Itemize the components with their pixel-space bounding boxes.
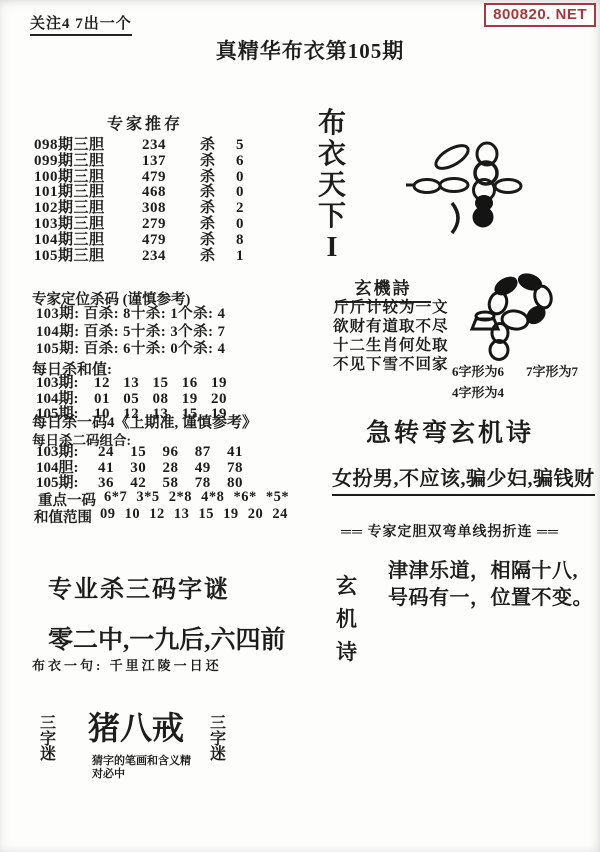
title-char: 机 (336, 603, 357, 636)
buyi-tianxia-title: 布 衣 天 下 I (318, 108, 346, 263)
page-title: 真精华布衣第105期 (0, 35, 600, 65)
label-char: 三 (210, 716, 226, 732)
row-kill-num: 0 (236, 217, 244, 233)
position-kill-rows: 103期: 百杀: 8十杀: 1个杀: 4 104期: 百杀: 5十杀: 3个杀… (36, 306, 225, 359)
sharp-turn-title: 急转弯玄机诗 (300, 413, 600, 449)
title-char: 布 (318, 108, 346, 139)
poem-line: 欲财有道取不尽 (333, 317, 449, 336)
label-char: 字 (40, 732, 56, 748)
sum-range-row: 和值范围 09 10 12 13 15 19 20 24 (34, 506, 288, 527)
separator-dash: ══ (537, 525, 559, 540)
row-label: 104期: (36, 392, 94, 408)
row-period: 099期三胆 (34, 154, 142, 170)
row-kill-label: 杀 (200, 154, 236, 170)
row-label: 103期: (36, 445, 98, 461)
table-row: 104期: 01 05 08 19 20 (36, 392, 227, 408)
title-char: 天 (318, 170, 346, 201)
kill-three-riddle-line: 零二中,一九后,六四前 (48, 620, 286, 656)
poem-line: 十二生肖何处取 (333, 336, 449, 355)
xuanji-poem: 津津乐道，相隔十八, 号码有一，位置不变。 (388, 558, 593, 612)
row-value: 479 (142, 233, 200, 249)
daily-kill-two-rows: 103期: 24 15 96 87 41 104胆: 41 30 28 49 7… (36, 445, 243, 492)
xuanji-vertical-title: 玄 机 诗 (336, 570, 357, 669)
separator-dash: ══ (341, 525, 363, 540)
row-kill-num: 0 (236, 185, 244, 201)
table-row: 104胆: 41 30 28 49 78 (36, 461, 243, 477)
table-row: 103期: 百杀: 8十杀: 1个杀: 4 (36, 306, 225, 324)
row-values: 09 10 12 13 15 19 20 24 (100, 506, 288, 527)
site-badge: 800820. NET (484, 3, 596, 27)
table-row: 101期三胆 468 杀 0 (34, 185, 274, 201)
row-values: 41 30 28 49 78 (98, 461, 243, 477)
shape-note-7: 7字形为7 (526, 361, 578, 380)
row-label: 和值范围 (34, 506, 92, 527)
bean-figure-drawing (405, 140, 535, 240)
row-period: 102期三胆 (34, 201, 142, 217)
label-char: 三 (40, 716, 56, 732)
note-line: 对必中 (92, 768, 191, 781)
table-row: 104期三胆 479 杀 8 (34, 233, 274, 249)
three-char-answer: 猪八戒 (88, 703, 184, 749)
row-label: 103期: (36, 376, 94, 392)
shape-note-4: 4字形为4 (452, 385, 504, 400)
row-values: 24 15 96 87 41 (98, 445, 243, 461)
row-period: 104期三胆 (34, 233, 142, 249)
row-values: 12 13 15 16 19 (94, 376, 227, 392)
title-char: I (318, 232, 346, 263)
label-char: 字 (210, 732, 226, 748)
row-values: 01 05 08 19 20 (94, 392, 227, 408)
three-char-note: 猜字的笔画和含义精 对必中 (92, 755, 191, 781)
mystery-poem: 斤斤计较为一文 欲财有道取不尽 十二生肖何处取 不见下雪不回家 (333, 298, 449, 374)
row-kill-label: 杀 (200, 185, 236, 201)
row-kill-num: 1 (236, 249, 244, 265)
table-row: 099期三胆 137 杀 6 (34, 154, 274, 170)
row-kill-num: 6 (236, 154, 244, 170)
row-value: 468 (142, 185, 200, 201)
row-value: 479 (142, 170, 200, 186)
poem-line: 号码有一，位置不变。 (388, 585, 593, 612)
row-kill-num: 2 (236, 201, 244, 217)
row-value: 279 (142, 217, 200, 233)
row-kill-label: 杀 (200, 201, 236, 217)
table-row: 103期: 24 15 96 87 41 (36, 445, 243, 461)
row-period: 098期三胆 (34, 138, 142, 154)
row-kill-num: 0 (236, 170, 244, 186)
title-char: 下 (318, 201, 346, 232)
recommend-header: 专家推存 (30, 111, 260, 134)
row-value: 137 (142, 154, 200, 170)
buyi-sentence: 布衣一句: 千里江陵一日还 (32, 655, 222, 674)
row-value: 234 (142, 249, 200, 265)
focus-note: 关注4 7出一个 (30, 12, 132, 36)
row-kill-num: 5 (236, 138, 244, 154)
kill-three-riddle-title: 专业杀三码字谜 (48, 569, 230, 604)
label-char: 迷 (40, 747, 56, 763)
title-char: 玄 (336, 570, 357, 603)
row-value: 234 (142, 138, 200, 154)
row-value: 308 (142, 201, 200, 217)
table-row: 098期三胆 234 杀 5 (34, 138, 274, 154)
three-char-label-left: 三 字 迷 (40, 716, 56, 763)
label-char: 迷 (210, 747, 226, 763)
table-row: 105期: 百杀: 6十杀: 0个杀: 4 (36, 341, 225, 359)
recommend-table: 098期三胆 234 杀 5 099期三胆 137 杀 6 100期三胆 479… (34, 138, 274, 264)
row-label: 104胆: (36, 461, 98, 477)
expert-separator: ══ 专家定胆双弯单线拐折连 ══ (300, 521, 600, 541)
shape-notes: 6字形为6 7字形为7 4字形为4 (452, 361, 578, 401)
table-row: 103期三胆 279 杀 0 (34, 217, 274, 233)
row-kill-num: 8 (236, 233, 244, 249)
row-period: 101期三胆 (34, 185, 142, 201)
poem-line: 津津乐道，相隔十八, (388, 558, 593, 585)
tip-sheet-page: 关注4 7出一个 800820. NET 真精华布衣第105期 专家推存 098… (0, 0, 600, 852)
shape-note-6: 6字形为6 (452, 361, 504, 380)
separator-text: 专家定胆双弯单线拐折连 (368, 525, 533, 540)
title-char: 诗 (336, 636, 357, 669)
three-char-label-right: 三 字 迷 (210, 716, 226, 763)
row-period: 105期三胆 (34, 249, 142, 265)
sharp-turn-line: 女扮男,不应该,骗少妇,骗钱财 (332, 462, 595, 496)
bead-ring-drawing (460, 265, 600, 365)
poem-line: 不见下雪不回家 (333, 355, 449, 374)
poem-line: 斤斤计较为一文 (333, 298, 449, 317)
row-period: 103期三胆 (34, 217, 142, 233)
table-row: 105期三胆 234 杀 1 (34, 249, 274, 265)
table-row: 103期: 12 13 15 16 19 (36, 376, 227, 392)
row-kill-label: 杀 (200, 138, 236, 154)
table-row: 102期三胆 308 杀 2 (34, 201, 274, 217)
row-kill-label: 杀 (200, 217, 236, 233)
note-line: 猜字的笔画和含义精 (92, 755, 191, 768)
row-kill-label: 杀 (200, 249, 236, 265)
title-char: 衣 (318, 139, 346, 170)
row-kill-label: 杀 (200, 233, 236, 249)
table-row: 104期: 百杀: 5十杀: 3个杀: 7 (36, 324, 225, 342)
